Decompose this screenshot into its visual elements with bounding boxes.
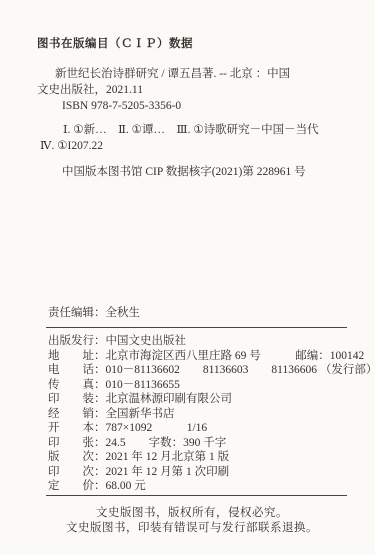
classification-line-2: Ⅳ. ①I207.22: [37, 138, 347, 154]
publication-row-printing: 印 次：2021 年 12 月第 1 次印刷: [37, 465, 347, 480]
publication-info-list: 出版发行：中国文史出版社 地 址：北京市海淀区西八里庄路 69 号 邮编：100…: [37, 334, 347, 494]
publication-row-price: 定 价：68.00 元: [37, 479, 347, 494]
cip-record-number-line: 中国版本图书馆 CIP 数据核字(2021)第 228961 号: [37, 164, 347, 180]
publication-row-value: 24.5 字数：390 千字: [106, 437, 227, 449]
publication-row-label: 传 真：: [48, 379, 106, 391]
footer-notices: 文史版图书，版权所有，侵权必究。 文史版图书，印装有错误可与发行部联系退换。: [37, 506, 347, 536]
publication-row-value: 010－81136655: [106, 379, 180, 391]
publication-row-value: 全国新华书店: [106, 408, 175, 420]
publication-row-value: 2021 年 12 月第 1 次印刷: [106, 466, 230, 478]
publication-row-fax: 传 真：010－81136655: [37, 378, 347, 393]
publication-row-value: 787×1092 1/16: [106, 422, 208, 434]
publication-row-value: 010－81136602 81136603 81136606 （发行部）: [106, 364, 375, 376]
isbn-line: ISBN 978-7-5205-3356-0: [37, 98, 347, 114]
responsible-editor-line: 责任编辑：全秋生: [37, 305, 347, 321]
publication-row-label: 地 址：: [48, 350, 106, 362]
cip-block: 图书在版编目（ＣＩＰ）数据 新世纪长治诗群研究 / 谭五昌著. -- 北京 ：中…: [37, 36, 347, 180]
publication-row-label: 定 价：: [48, 480, 106, 492]
publication-row-value: 北京市海淀区西八里庄路 69 号 邮编：100142: [106, 350, 365, 362]
publication-row-label: 印 张：: [48, 437, 106, 449]
publication-row-format: 开 本：787×1092 1/16: [37, 421, 347, 436]
book-copyright-page: 图书在版编目（ＣＩＰ）数据 新世纪长治诗群研究 / 谭五昌著. -- 北京 ：中…: [0, 0, 375, 555]
publication-row-label: 版 次：: [48, 451, 106, 463]
publication-row-distributor: 经 销：全国新华书店: [37, 407, 347, 422]
publication-row-value: 2021 年 12 月北京第 1 版: [106, 451, 230, 463]
publication-row-value: 68.00 元: [106, 480, 146, 492]
bibliographic-line-2: 文史出版社，2021.11: [37, 82, 347, 98]
publication-row-sheets: 印 张：24.5 字数：390 千字: [37, 436, 347, 451]
divider-bottom: [46, 495, 347, 496]
publication-row-publisher: 出版发行：中国文史出版社: [37, 334, 347, 349]
returns-notice: 文史版图书，印装有错误可与发行部联系退换。: [37, 521, 347, 536]
cip-heading: 图书在版编目（ＣＩＰ）数据: [37, 36, 347, 52]
copyright-notice: 文史版图书，版权所有，侵权必究。: [37, 506, 347, 521]
classification-line-1: Ⅰ. ①新… Ⅱ. ①谭… Ⅲ. ①诗歌研究－中国－当代: [37, 122, 347, 138]
publication-row-printer: 印 装：北京温林源印刷有限公司: [37, 392, 347, 407]
publication-row-label: 出版发行：: [48, 335, 106, 347]
publication-row-label: 电 话：: [48, 364, 106, 376]
bibliographic-line-1: 新世纪长治诗群研究 / 谭五昌著. -- 北京 ：中国: [37, 66, 347, 82]
publication-row-label: 经 销：: [48, 408, 106, 420]
publication-row-label: 开 本：: [48, 422, 106, 434]
publication-row-value: 中国文史出版社: [106, 335, 187, 347]
publication-row-label: 印 次：: [48, 466, 106, 478]
publication-row-value: 北京温林源印刷有限公司: [106, 393, 233, 405]
publication-row-address: 地 址：北京市海淀区西八里庄路 69 号 邮编：100142: [37, 349, 347, 364]
publication-row-edition: 版 次：2021 年 12 月北京第 1 版: [37, 450, 347, 465]
divider-top: [46, 327, 347, 328]
publication-row-label: 印 装：: [48, 393, 106, 405]
publication-row-phone: 电 话：010－81136602 81136603 81136606 （发行部）: [37, 363, 347, 378]
